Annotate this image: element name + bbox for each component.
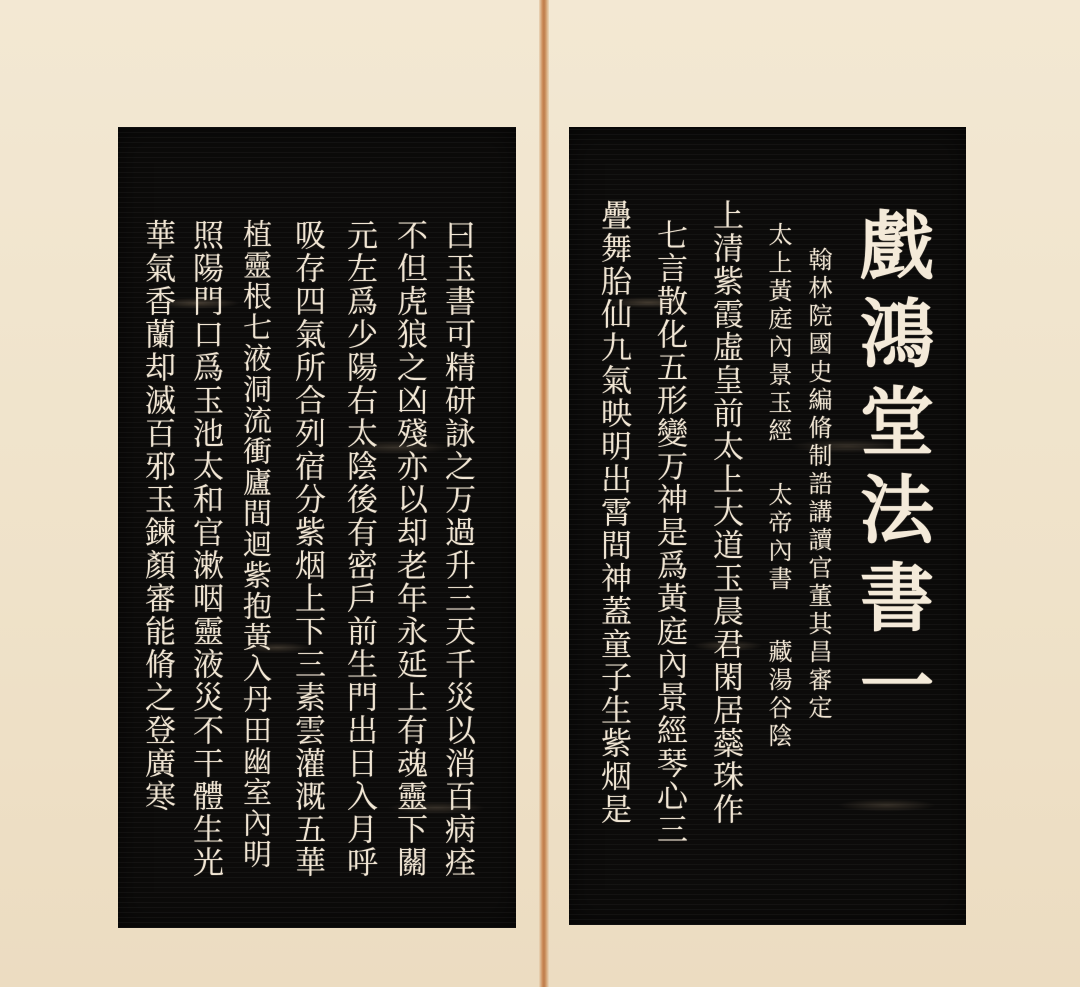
right-column-3: 疊舞胎仙九氣映明出霄間神蓋童子生紫烟是 [597, 199, 628, 826]
left-column-1: 曰玉書可精研詠之万過升三天千災以消百病痊 [441, 219, 472, 879]
left-column-7: 華氣香蘭却滅百邪玉鍊顏審能脩之登廣寒 [141, 219, 172, 813]
book-spine [539, 0, 549, 987]
right-column-1: 上清紫霞虛皇前太上大道玉晨君閑居蘂珠作 [709, 199, 740, 826]
left-column-3: 元左爲少陽右太陰後有密戶前生門出日入月呼 [343, 219, 374, 879]
left-column-5: 植靈根七液洞流衝廬間迴紫抱黃入丹田幽室內明 [241, 219, 270, 870]
attribution: 翰林院國史編脩制誥講讀官董其昌審定 [801, 247, 836, 723]
left-rubbing-panel: 曰玉書可精研詠之万過升三天千災以消百病痊 不但虎狼之凶殘亦以却老年永延上有魂靈下… [118, 127, 516, 928]
left-column-2: 不但虎狼之凶殘亦以却老年永延上有魂靈下關 [393, 219, 424, 879]
author: 藏湯谷陰 [761, 639, 796, 751]
right-rubbing-panel: 戲鴻堂法書一 翰林院國史編脩制誥講讀官董其昌審定 太上黃庭內景玉經 太帝內書 藏… [569, 127, 966, 925]
book-spread: 曰玉書可精研詠之万過升三天千災以消百病痊 不但虎狼之凶殘亦以却老年永延上有魂靈下… [0, 0, 1080, 987]
right-column-2: 七言散化五形變万神是爲黃庭內景經琴心三 [653, 219, 684, 846]
book-title: 戲鴻堂法書一 [838, 207, 944, 735]
left-column-6: 照陽門口爲玉池太和官漱咽靈液災不干體生光 [189, 219, 220, 879]
text-subtitle: 太帝內書 [761, 482, 796, 594]
left-column-4: 吸存四氣所合列宿分紫烟上下三素雲灌溉五華 [291, 219, 322, 879]
text-title: 太上黃庭內景玉經 [761, 222, 796, 446]
